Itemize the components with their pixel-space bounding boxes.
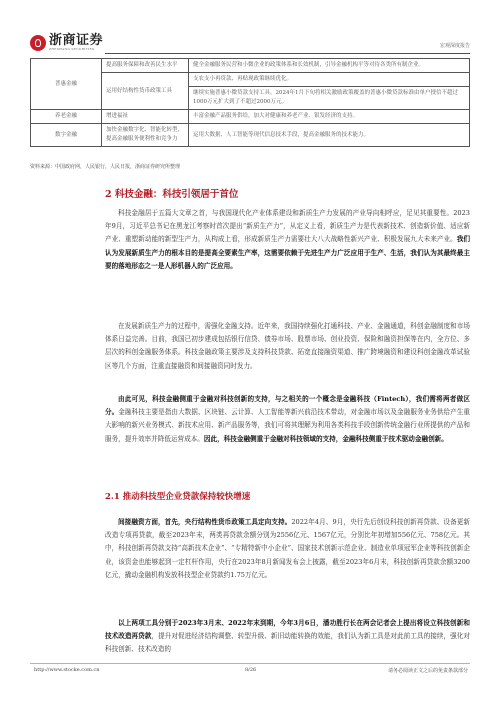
table-cell-category: 普惠金融 [31,59,102,110]
report-type-label: 宏观深度报告 [440,42,470,49]
table-cell-measure: 支农支小再贷款、再贴现政策继续优化。 [189,73,470,87]
policy-table: 普惠金融 提高服务保障和改善民生水平 健全金融服务民营和小微企业的政策体系和长效… [30,58,470,147]
footer-disclaimer: 请务必阅读正文之后的免责条款部分 [388,667,468,674]
section-2-1-paragraph-2: 以上两项工具分别于2023年3月末、2022年末到期，今年3月6日，潘功胜行长在… [105,617,470,657]
footer-url-link[interactable]: http://www.stocke.com.cn [34,667,99,673]
section-2-paragraph-2: 在发展新质生产力的过程中，需强化金融支持。近年来，我国持续强化打通科技、产业、金… [105,320,470,373]
section-2-1-paragraph-1: 间接融资方面，首先，央行结构性货币政策工具定向支持。2022年4月、9月，央行先… [105,516,470,582]
table-row: 养老金融 增进福祉 丰富金融产品服务供给，加大对健康和养老产业、银发经济的支持。 [31,110,470,124]
table-cell-goal: 增进福祉 [102,110,189,124]
table-row: 数字金融 加快金融数字化、智能化转型，提高金融服务便利性和竞争力 运用大数据、人… [31,124,470,147]
table-row: 普惠金融 提高服务保障和改善民生水平 健全金融服务民营和小微企业的政策体系和长效… [31,59,470,73]
footer-divider [30,663,470,664]
table-cell-goal: 提高服务保障和改善民生水平 [102,59,189,73]
table-cell-measure: 运用大数据、人工智能等现代信息技术手段，提高金融服务的技术能力。 [189,124,470,147]
table-cell-goal: 加快金融数字化、智能化转型，提高金融服务便利性和竞争力 [102,124,189,147]
page-header: 浙商证券 ZHESHANG SECURITIES 宏观深度报告 [30,34,470,56]
page-number: 8/26 [245,667,256,673]
table-cell-measure: 丰富金融产品服务供给，加大对健康和养老产业、银发经济的支持。 [189,110,470,124]
company-logo: 浙商证券 ZHESHANG SECURITIES [30,34,103,51]
table-cell-category: 养老金融 [31,110,102,124]
table-cell-measure: 健全金融服务民营和小微企业的政策体系和长效机制，引导金融机构平等对待各类所有制企… [189,59,470,73]
logo-english-name: ZHESHANG SECURITIES [49,48,103,51]
table-source-note: 资料来源：中国政府网，人民银行，人民日报，浙商证券研究所整理 [30,163,180,170]
section-2-paragraph-1: 科技金融居于五篇大文章之首，与我国现代化产业体系建设和新质生产力发展的产业导向相… [105,207,470,273]
table-cell-category: 数字金融 [31,124,102,147]
section-2-paragraph-3: 由此可见，科技金融侧重于金融对科技创新的支持，与之相关的一个概念是金融科技（Fi… [105,393,470,446]
logo-chinese-name: 浙商证券 [49,34,103,47]
logo-emblem-icon [30,35,46,51]
header-divider [105,53,470,54]
table-cell-goal: 运用好结构性货币政策工具 [102,73,189,110]
section-2-heading: 2 科技金融：科技引领居于首位 [105,186,238,200]
section-2-1-heading: 2.1 推动科技型企业贷款保持较快增速 [105,490,250,502]
table-cell-measure: 继续实施普惠小微贷款支持工具。2024年1月下旬将相关激励政策覆盖的普惠小微贷款… [189,87,470,110]
